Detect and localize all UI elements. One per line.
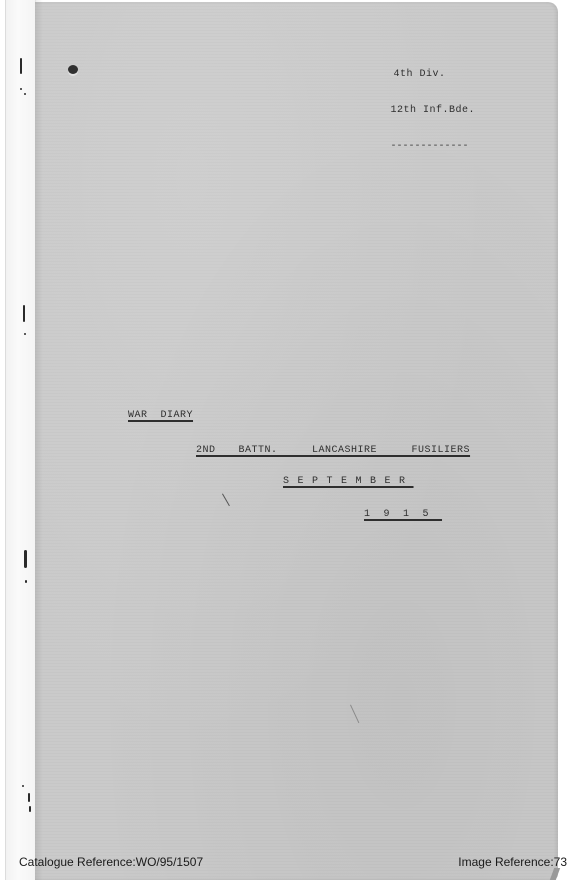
- paper-sheet: [35, 2, 558, 880]
- binding-mark: [24, 333, 26, 335]
- paper-edge-shadow: [35, 0, 43, 880]
- brigade-label: 12th Inf.Bde.: [390, 105, 475, 117]
- binding-mark: [24, 550, 27, 568]
- binding-mark: [20, 58, 22, 74]
- binding-margin: [5, 0, 36, 880]
- separator-line: -------------: [390, 141, 475, 153]
- formation-reference: 4th Div. 12th Inf.Bde. -------------: [390, 45, 475, 177]
- diary-title: WAR DIARY: [128, 410, 193, 421]
- scanned-page: 4th Div. 12th Inf.Bde. ------------- WAR…: [0, 0, 567, 887]
- month: SEPTEMBER: [283, 476, 414, 487]
- image-reference: Image Reference:73: [458, 855, 567, 869]
- binding-mark: [24, 93, 26, 95]
- unit-name: 2ND BATTN. LANCASHIRE FUSILIERS: [196, 445, 470, 456]
- binding-mark: [23, 305, 25, 322]
- catalogue-reference: Catalogue Reference:WO/95/1507: [19, 855, 203, 869]
- punch-hole: [68, 65, 78, 74]
- binding-mark: [29, 806, 31, 812]
- binding-mark: [20, 88, 22, 90]
- binding-mark: [25, 580, 27, 583]
- year: 1915: [364, 509, 442, 520]
- division-label: 4th Div.: [390, 69, 475, 81]
- binding-mark: [28, 793, 30, 802]
- binding-mark: [22, 785, 24, 787]
